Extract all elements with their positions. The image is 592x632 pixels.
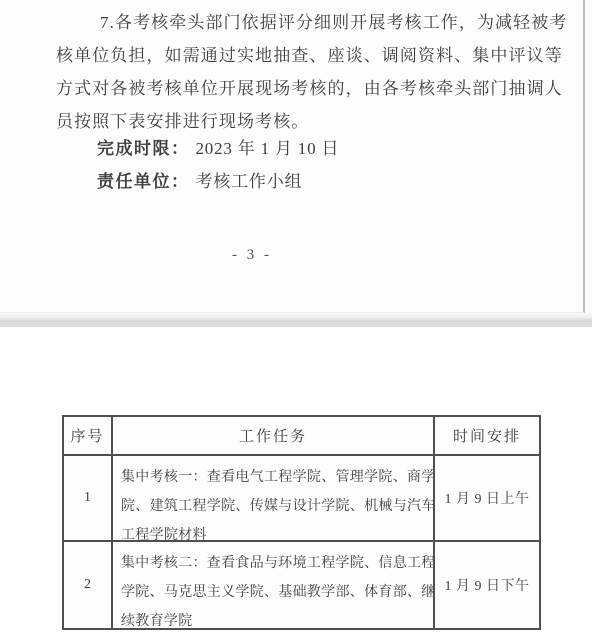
responsible-label: 责任单位：	[97, 172, 190, 191]
table-row-1-serial: 1	[64, 456, 113, 542]
task-line: 学院、马克思主义学院、基础教学部、体育部、继	[121, 578, 429, 607]
document-viewer: 7.各考核牵头部门依据评分细则开展考核工作，为减轻被考 核单位负担，如需通过实地…	[0, 0, 592, 632]
page-3: 7.各考核牵头部门依据评分细则开展考核工作，为减轻被考 核单位负担，如需通过实地…	[0, 0, 585, 313]
table-row-1-task: 集中考核一：查看电气工程学院、管理学院、商学 院、建筑工程学院、传媒与设计学院、…	[113, 456, 435, 542]
deadline-line: 完成时限：2023 年 1 月 10 日	[97, 134, 339, 159]
paragraph-line-1: 7.各考核牵头部门依据评分细则开展考核工作，为减轻被考	[100, 8, 567, 33]
task-line: 集中考核二：查看食品与环境工程学院、信息工程	[121, 549, 429, 578]
paragraph-line-2: 核单位负担，如需通过实地抽查、座谈、调阅资料、集中评议等	[56, 41, 563, 66]
task-line: 集中考核一：查看电气工程学院、管理学院、商学	[121, 463, 429, 492]
header-cell-serial: 序号	[64, 417, 113, 456]
page-4: 序号 工作任务 时间安排 1 集中考核一：查看电气工程学院、管理学院、商学 院、…	[0, 327, 592, 632]
deadline-value: 2023 年 1 月 10 日	[196, 139, 340, 158]
paragraph-line-3: 方式对各被考核单位开展现场考核的，由各考核牵头部门抽调人	[56, 74, 563, 99]
task-line: 院、建筑工程学院、传媒与设计学院、机械与汽车	[121, 492, 429, 521]
task-line: 续教育学院	[121, 607, 429, 628]
page-separator	[0, 313, 592, 327]
header-cell-time: 时间安排	[435, 417, 539, 456]
paragraph-line-4: 员按照下表安排进行现场考核。	[56, 107, 309, 132]
responsible-value: 考核工作小组	[196, 172, 303, 191]
schedule-table: 序号 工作任务 时间安排 1 集中考核一：查看电气工程学院、管理学院、商学 院、…	[62, 415, 541, 630]
table-row-2-time: 1 月 9 日下午	[435, 542, 539, 628]
table-row-2-task: 集中考核二：查看食品与环境工程学院、信息工程 学院、马克思主义学院、基础教学部、…	[113, 542, 435, 628]
task-line: 工程学院材料	[121, 521, 429, 542]
deadline-label: 完成时限：	[97, 139, 190, 158]
table-row-2-serial: 2	[64, 542, 113, 628]
header-cell-task: 工作任务	[113, 417, 435, 456]
page-number: - 3 -	[212, 247, 292, 264]
responsible-unit-line: 责任单位：考核工作小组	[97, 167, 302, 192]
table-row-1-time: 1 月 9 日上午	[435, 456, 539, 542]
